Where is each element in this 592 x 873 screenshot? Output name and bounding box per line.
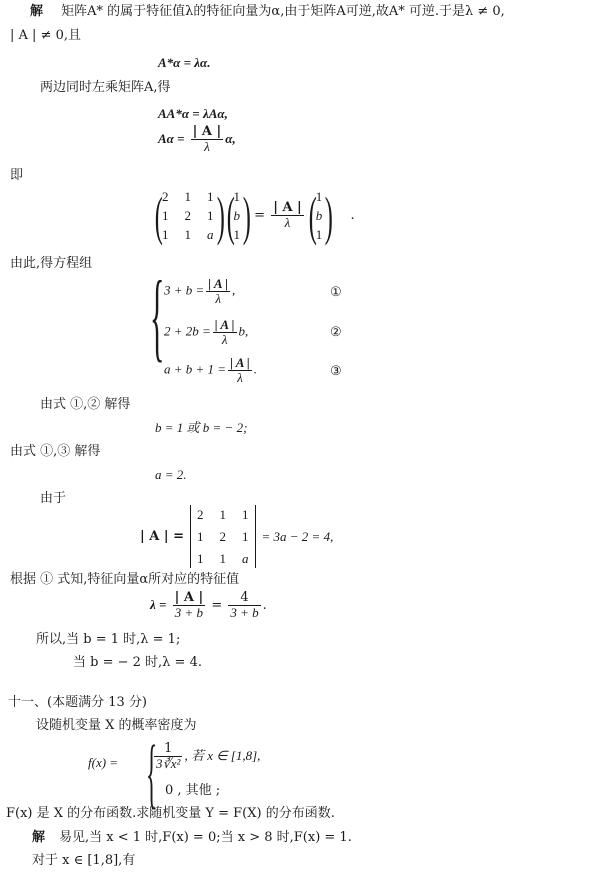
matrix-equation: ( 211 121 11a ) ( 1b1 ) = | A |λ ( 1b1 )…: [152, 188, 355, 243]
conclusion-1: 所以,当 b = 1 时,λ = 1;: [36, 632, 180, 648]
fraction: | A |λ: [271, 201, 304, 230]
equation-3: Aα = | A |λα,: [158, 125, 236, 154]
solution-label: 解: [30, 4, 43, 19]
matrix-A: ( 211 121 11a ): [152, 188, 224, 243]
text: 矩阵A* 的属于特征值λ的特征向量为α,由于矩阵A可逆,故A* 可逆.于是λ ≠…: [61, 4, 505, 19]
solution-line-2: 对于 x ∈ [1,8],有: [32, 853, 135, 869]
solution-line-1: 解 矩阵A* 的属于特征值λ的特征向量为α,由于矩阵A可逆,故A* 可逆.于是λ…: [30, 4, 505, 20]
text-ji: 即: [10, 168, 23, 184]
equation-2: AA*α = λAα,: [158, 106, 228, 122]
text-line: 根据 ① 式知,特征向量α所对应的特征值: [10, 572, 239, 588]
eq-tail: α,: [225, 131, 235, 146]
determinant-equation: | A | = 211 121 11a = 3a − 2 = 4,: [140, 505, 333, 568]
vector: ( 1b1 ): [224, 188, 251, 243]
text-line: 由式 ①,③ 解得: [10, 444, 100, 460]
result-a: a = 2.: [155, 467, 187, 483]
text-line: 由于: [40, 491, 66, 507]
vector-2: ( 1b1 ): [306, 188, 333, 243]
system-eq-1: 3 + b =| A |λ,: [164, 277, 235, 306]
system-eq-2: 2 + 2b =| A |λb,: [164, 318, 248, 347]
question-text: 设随机变量 X 的概率密度为: [36, 718, 197, 734]
conclusion-2: 当 b = − 2 时,λ = 4.: [73, 655, 202, 671]
tag-1: ①: [330, 285, 342, 301]
text-line: 由式 ①,② 解得: [40, 397, 130, 413]
tag-3: ③: [330, 364, 342, 380]
eq-lhs: Aα =: [158, 131, 185, 146]
lambda-equation: λ = | A |3 + b = 43 + b.: [150, 591, 267, 620]
case-2: 0 , 其他 ;: [165, 783, 220, 799]
tag-2: ②: [330, 325, 342, 341]
fraction: | A |λ: [191, 125, 224, 154]
question-header: 十一、(本题满分 13 分): [8, 695, 147, 711]
result-b: b = 1 或 b = − 2;: [155, 420, 247, 436]
brace: {: [150, 266, 164, 366]
solution-line-2: | A | ≠ 0,且: [10, 28, 81, 44]
solution-line: 解易见,当 x < 1 时,F(x) = 0;当 x > 8 时,F(x) = …: [32, 830, 352, 846]
text-line: 两边同时左乘矩阵A,得: [40, 80, 171, 96]
question-text-2: F(x) 是 X 的分布函数.求随机变量 Y = F(X) 的分布函数.: [6, 806, 335, 822]
system-eq-3: a + b + 1 =| A |λ.: [164, 356, 257, 385]
f-lhs: f(x) =: [88, 755, 118, 771]
determinant: 211 121 11a: [190, 505, 256, 568]
equation-1: A*α = λα.: [158, 55, 210, 71]
text-line: 由此,得方程组: [10, 256, 92, 272]
case-1: 13∛x², 若 x ∈ [1,8],: [152, 742, 260, 771]
